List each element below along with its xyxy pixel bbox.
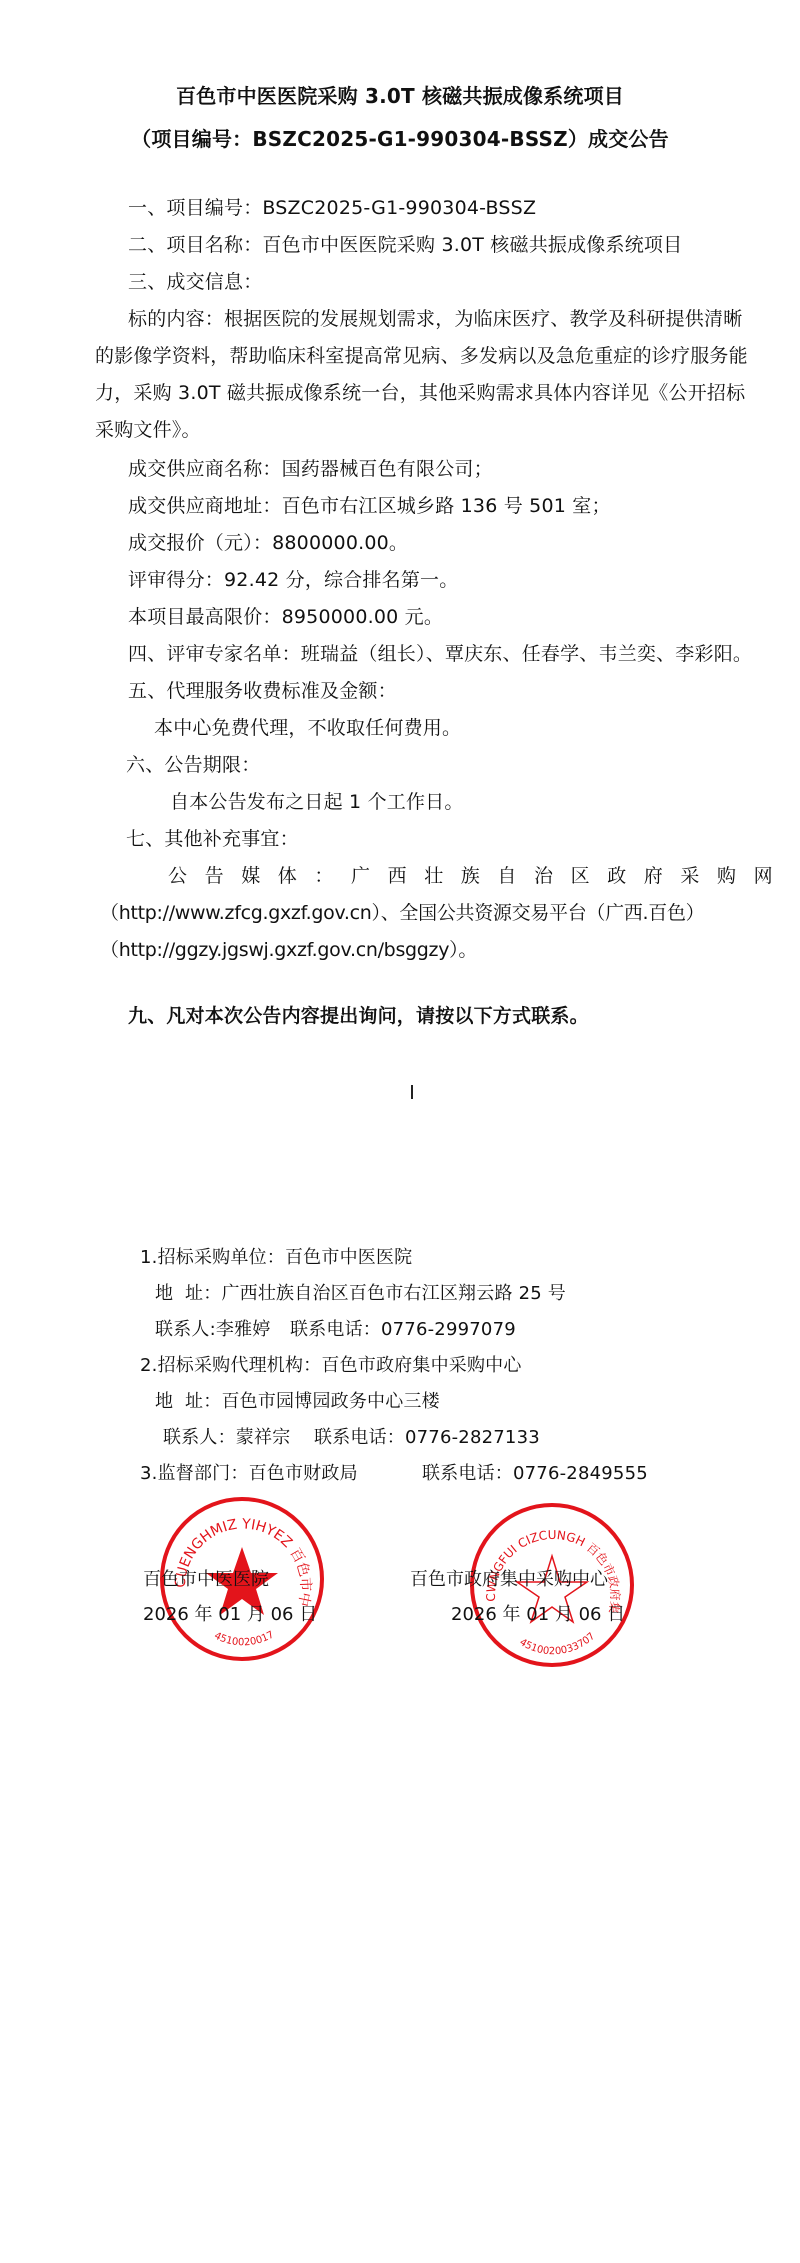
purchaser-contact: 联系人:李雅婷 (155, 1317, 270, 1343)
subject-line-2: 的影像学资料，帮助临床科室提高常见病、多发病以及急危重症的诊疗服务能 (95, 343, 748, 369)
media-label: 公告媒体：广西壮族自治区政府采购网 (168, 863, 790, 889)
left-signature-org: 百色市中医医院 (143, 1568, 269, 1592)
right-signature-date: 2026 年 01 月 06 日 (451, 1603, 625, 1627)
purchaser-address: 地 址：广西壮族自治区百色市右江区翔云路 25 号 (155, 1281, 566, 1307)
agency-address: 地 址：百色市园博园政务中心三楼 (155, 1389, 440, 1415)
section-deal-info-heading: 三、成交信息： (128, 269, 262, 295)
supervisor-phone: 联系电话：0776-2849555 (422, 1461, 648, 1487)
agency-contact: 联系人：蒙祥宗 (163, 1425, 290, 1451)
supervisor-heading: 3.监督部门：百色市财政局 (140, 1461, 358, 1487)
subject-line-3: 力，采购 3.0T 磁共振成像系统一台，其他采购需求具体内容详见《公开招标 (95, 380, 745, 406)
right-signature-org: 百色市政府集中采购中心 (410, 1568, 608, 1592)
supplier-address: 成交供应商地址：百色市右江区城乡路 136 号 501 室； (128, 493, 611, 519)
purchaser-phone: 联系电话：0776-2997079 (290, 1317, 516, 1343)
text-cursor-mark (411, 1085, 413, 1099)
evaluation-score: 评审得分：92.42 分，综合排名第一。 (128, 567, 458, 593)
media-url-line-2[interactable]: （http://ggzy.jgswj.gxzf.gov.cn/bsggzy）。 (100, 937, 477, 963)
agency-heading: 2.招标采购代理机构：百色市政府集中采购中心 (140, 1353, 522, 1379)
supplier-name: 成交供应商名称：国药器械百色有限公司； (128, 456, 493, 482)
document-subtitle: （项目编号：BSZC2025-G1-990304-BSSZ）成交公告 (0, 126, 800, 152)
max-price: 本项目最高限价：8950000.00 元。 (128, 604, 443, 630)
agency-fee-body: 本中心免费代理，不收取任何费用。 (154, 715, 461, 741)
notice-period-body: 自本公告发布之日起 1 个工作日。 (170, 789, 464, 815)
section-project-number: 一、项目编号：BSZC2025-G1-990304-BSSZ (128, 195, 536, 221)
section-agency-fee-heading: 五、代理服务收费标准及金额： (128, 678, 397, 704)
section-notice-period-heading: 六、公告期限： (126, 752, 260, 778)
svg-text:4510020017: 4510020017 (212, 1629, 276, 1648)
section-inquiry-heading: 九、凡对本次公告内容提出询问，请按以下方式联系。 (128, 1003, 589, 1029)
subject-line-4: 采购文件》。 (95, 417, 201, 443)
section-other-matters-heading: 七、其他补充事宜： (126, 826, 299, 852)
agency-phone: 联系电话：0776-2827133 (314, 1425, 540, 1451)
deal-price: 成交报价（元）：8800000.00。 (128, 530, 408, 556)
section-project-name: 二、项目名称：百色市中医医院采购 3.0T 核磁共振成像系统项目 (128, 232, 682, 258)
left-signature-date: 2026 年 01 月 06 日 (143, 1603, 317, 1627)
document-title: 百色市中医医院采购 3.0T 核磁共振成像系统项目 (0, 83, 800, 109)
svg-text:CWNGFUI CIZCUNGH 百色市政府集中采购中心: CWNGFUI CIZCUNGH 百色市政府集中采购中心 (467, 1500, 623, 1615)
media-url-line-1[interactable]: （http://www.zfcg.gxzf.gov.cn）、全国公共资源交易平台… (100, 900, 704, 926)
svg-text:4510020033707: 4510020033707 (517, 1631, 597, 1657)
subject-line-1: 标的内容：根据医院的发展规划需求，为临床医疗、教学及科研提供清晰 (128, 306, 742, 332)
announcement-page: 百色市中医医院采购 3.0T 核磁共振成像系统项目 （项目编号：BSZC2025… (0, 0, 800, 2263)
purchaser-heading: 1.招标采购单位：百色市中医医院 (140, 1245, 412, 1271)
section-expert-list: 四、评审专家名单：班瑞益（组长）、覃庆东、任春学、韦兰奕、李彩阳。 (128, 641, 752, 667)
